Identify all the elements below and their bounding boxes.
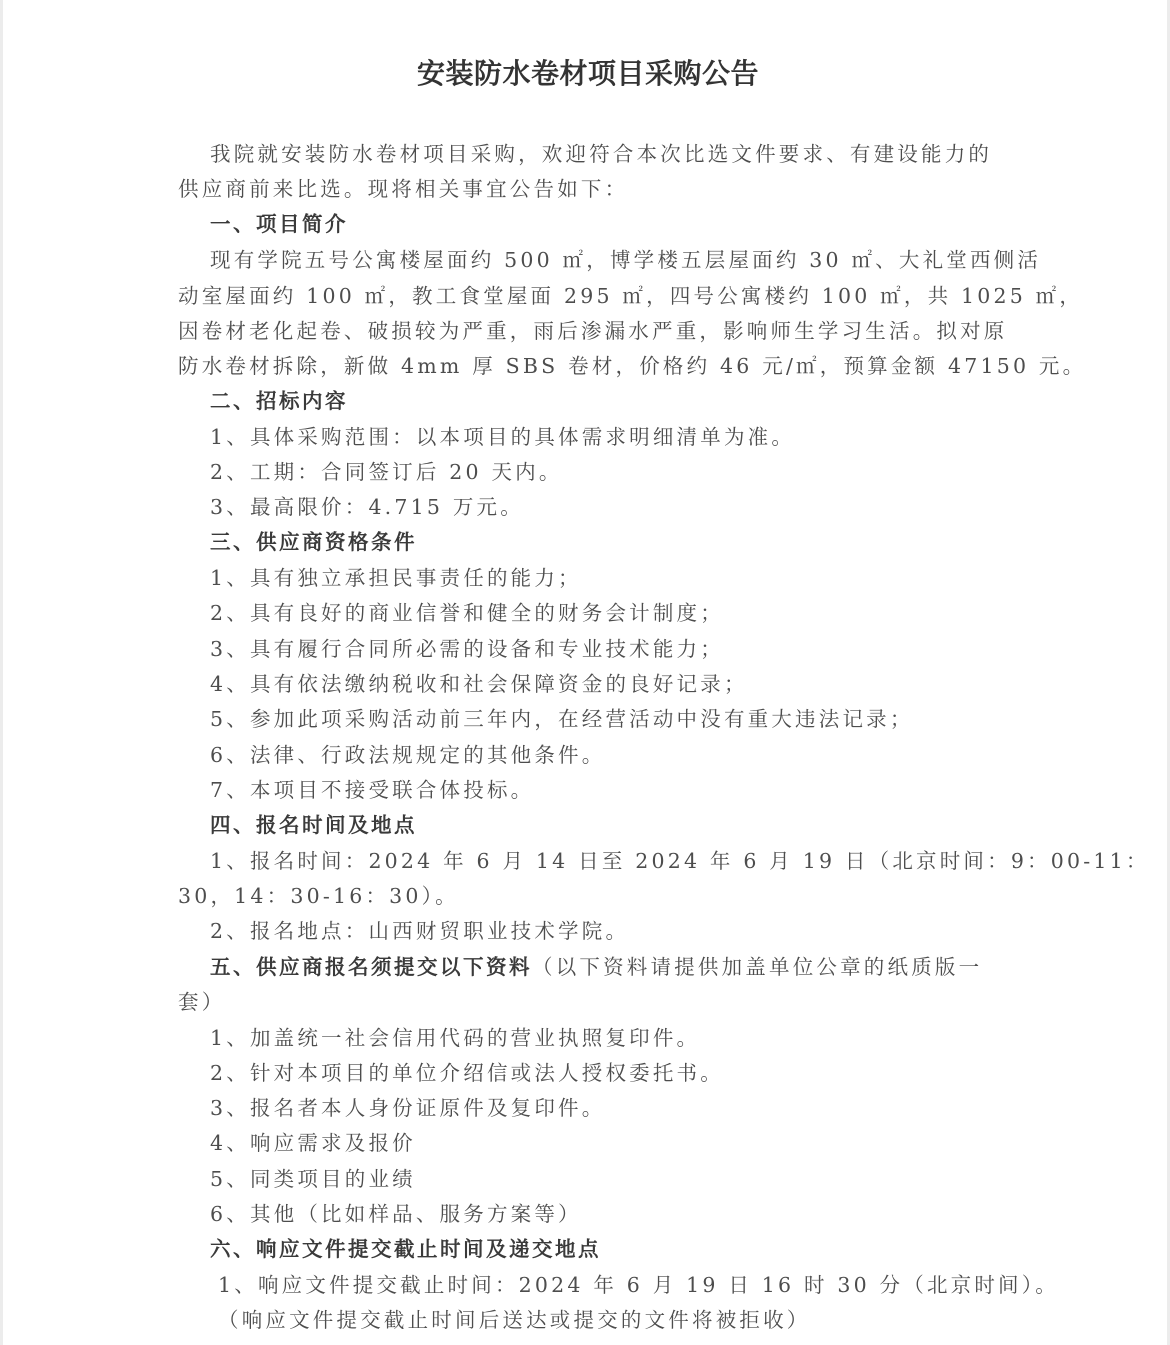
page-edge-left xyxy=(0,0,3,1345)
section-6-heading: 六、响应文件提交截止时间及递交地点 xyxy=(210,1235,601,1263)
intro-line-2: 供应商前来比选。现将相关事宜公告如下： xyxy=(178,175,628,203)
section-4-heading: 四、报名时间及地点 xyxy=(210,811,417,839)
section-2-heading: 二、招标内容 xyxy=(210,387,348,415)
section-2-item-2: 2、工期：合同签订后 20 天内。 xyxy=(210,458,563,486)
section-5-heading-note: （以下资料请提供加盖单位公章的纸质版一 xyxy=(532,955,982,979)
section-2-item-1: 1、具体采购范围：以本项目的具体需求明细清单为准。 xyxy=(210,423,795,451)
section-5-item-6: 6、其他（比如样品、服务方案等） xyxy=(210,1200,582,1228)
section-5-item-5: 5、同类项目的业绩 xyxy=(210,1165,416,1193)
section-5-heading-note-cont: 套） xyxy=(178,988,225,1016)
section-3-item-7: 7、本项目不接受联合体投标。 xyxy=(210,776,534,804)
section-3-item-5: 5、参加此项采购活动前三年内，在经营活动中没有重大违法记录； xyxy=(210,705,914,733)
section-5-heading: 五、供应商报名须提交以下资料 xyxy=(210,955,532,979)
section-2-item-3: 3、最高限价：4.715 万元。 xyxy=(210,493,524,521)
section-1-heading: 一、项目简介 xyxy=(210,210,348,238)
section-3-item-3: 3、具有履行合同所必需的设备和专业技术能力； xyxy=(210,635,724,663)
section-1-line-2: 动室屋面约 100 ㎡，教工食堂屋面 295 ㎡，四号公寓楼约 100 ㎡，共 … xyxy=(178,282,1083,310)
section-4-item-2: 2、报名地点：山西财贸职业技术学院。 xyxy=(210,917,629,945)
section-3-heading: 三、供应商资格条件 xyxy=(210,528,417,556)
intro-line-1: 我院就安装防水卷材项目采购，欢迎符合本次比选文件要求、有建设能力的 xyxy=(210,140,992,168)
section-3-item-1: 1、具有独立承担民事责任的能力； xyxy=(210,564,582,592)
section-5-heading-row: 五、供应商报名须提交以下资料（以下资料请提供加盖单位公章的纸质版一 xyxy=(210,953,982,981)
section-4-item-1: 1、报名时间：2024 年 6 月 14 日至 2024 年 6 月 19 日（… xyxy=(210,847,1150,875)
section-6-item-note: （响应文件提交截止时间后送达或提交的文件将被拒收） xyxy=(218,1306,811,1334)
section-5-item-3: 3、报名者本人身份证原件及复印件。 xyxy=(210,1094,605,1122)
document-title: 安装防水卷材项目采购公告 xyxy=(178,52,998,92)
section-5-item-1: 1、加盖统一社会信用代码的营业执照复印件。 xyxy=(210,1024,700,1052)
section-3-item-6: 6、法律、行政法规规定的其他条件。 xyxy=(210,741,605,769)
section-3-item-4: 4、具有依法缴纳税收和社会保障资金的良好记录； xyxy=(210,670,748,698)
section-5-item-2: 2、针对本项目的单位介绍信或法人授权委托书。 xyxy=(210,1059,724,1087)
section-5-item-4: 4、响应需求及报价 xyxy=(210,1129,416,1157)
section-6-item-1: 1、响应文件提交截止时间：2024 年 6 月 19 日 16 时 30 分（北… xyxy=(218,1271,1059,1299)
section-3-item-2: 2、具有良好的商业信誉和健全的财务会计制度； xyxy=(210,599,724,627)
section-1-line-1: 现有学院五号公寓楼屋面约 500 ㎡，博学楼五层屋面约 30 ㎡、大礼堂西侧活 xyxy=(210,246,1041,274)
section-1-line-4: 防水卷材拆除，新做 4mm 厚 SBS 卷材，价格约 46 元/㎡，预算金额 4… xyxy=(178,352,1086,380)
section-4-item-1-cont: 30，14：30-16：30）。 xyxy=(178,882,459,910)
section-1-line-3: 因卷材老化起卷、破损较为严重，雨后渗漏水严重，影响师生学习生活。拟对原 xyxy=(178,317,1008,345)
